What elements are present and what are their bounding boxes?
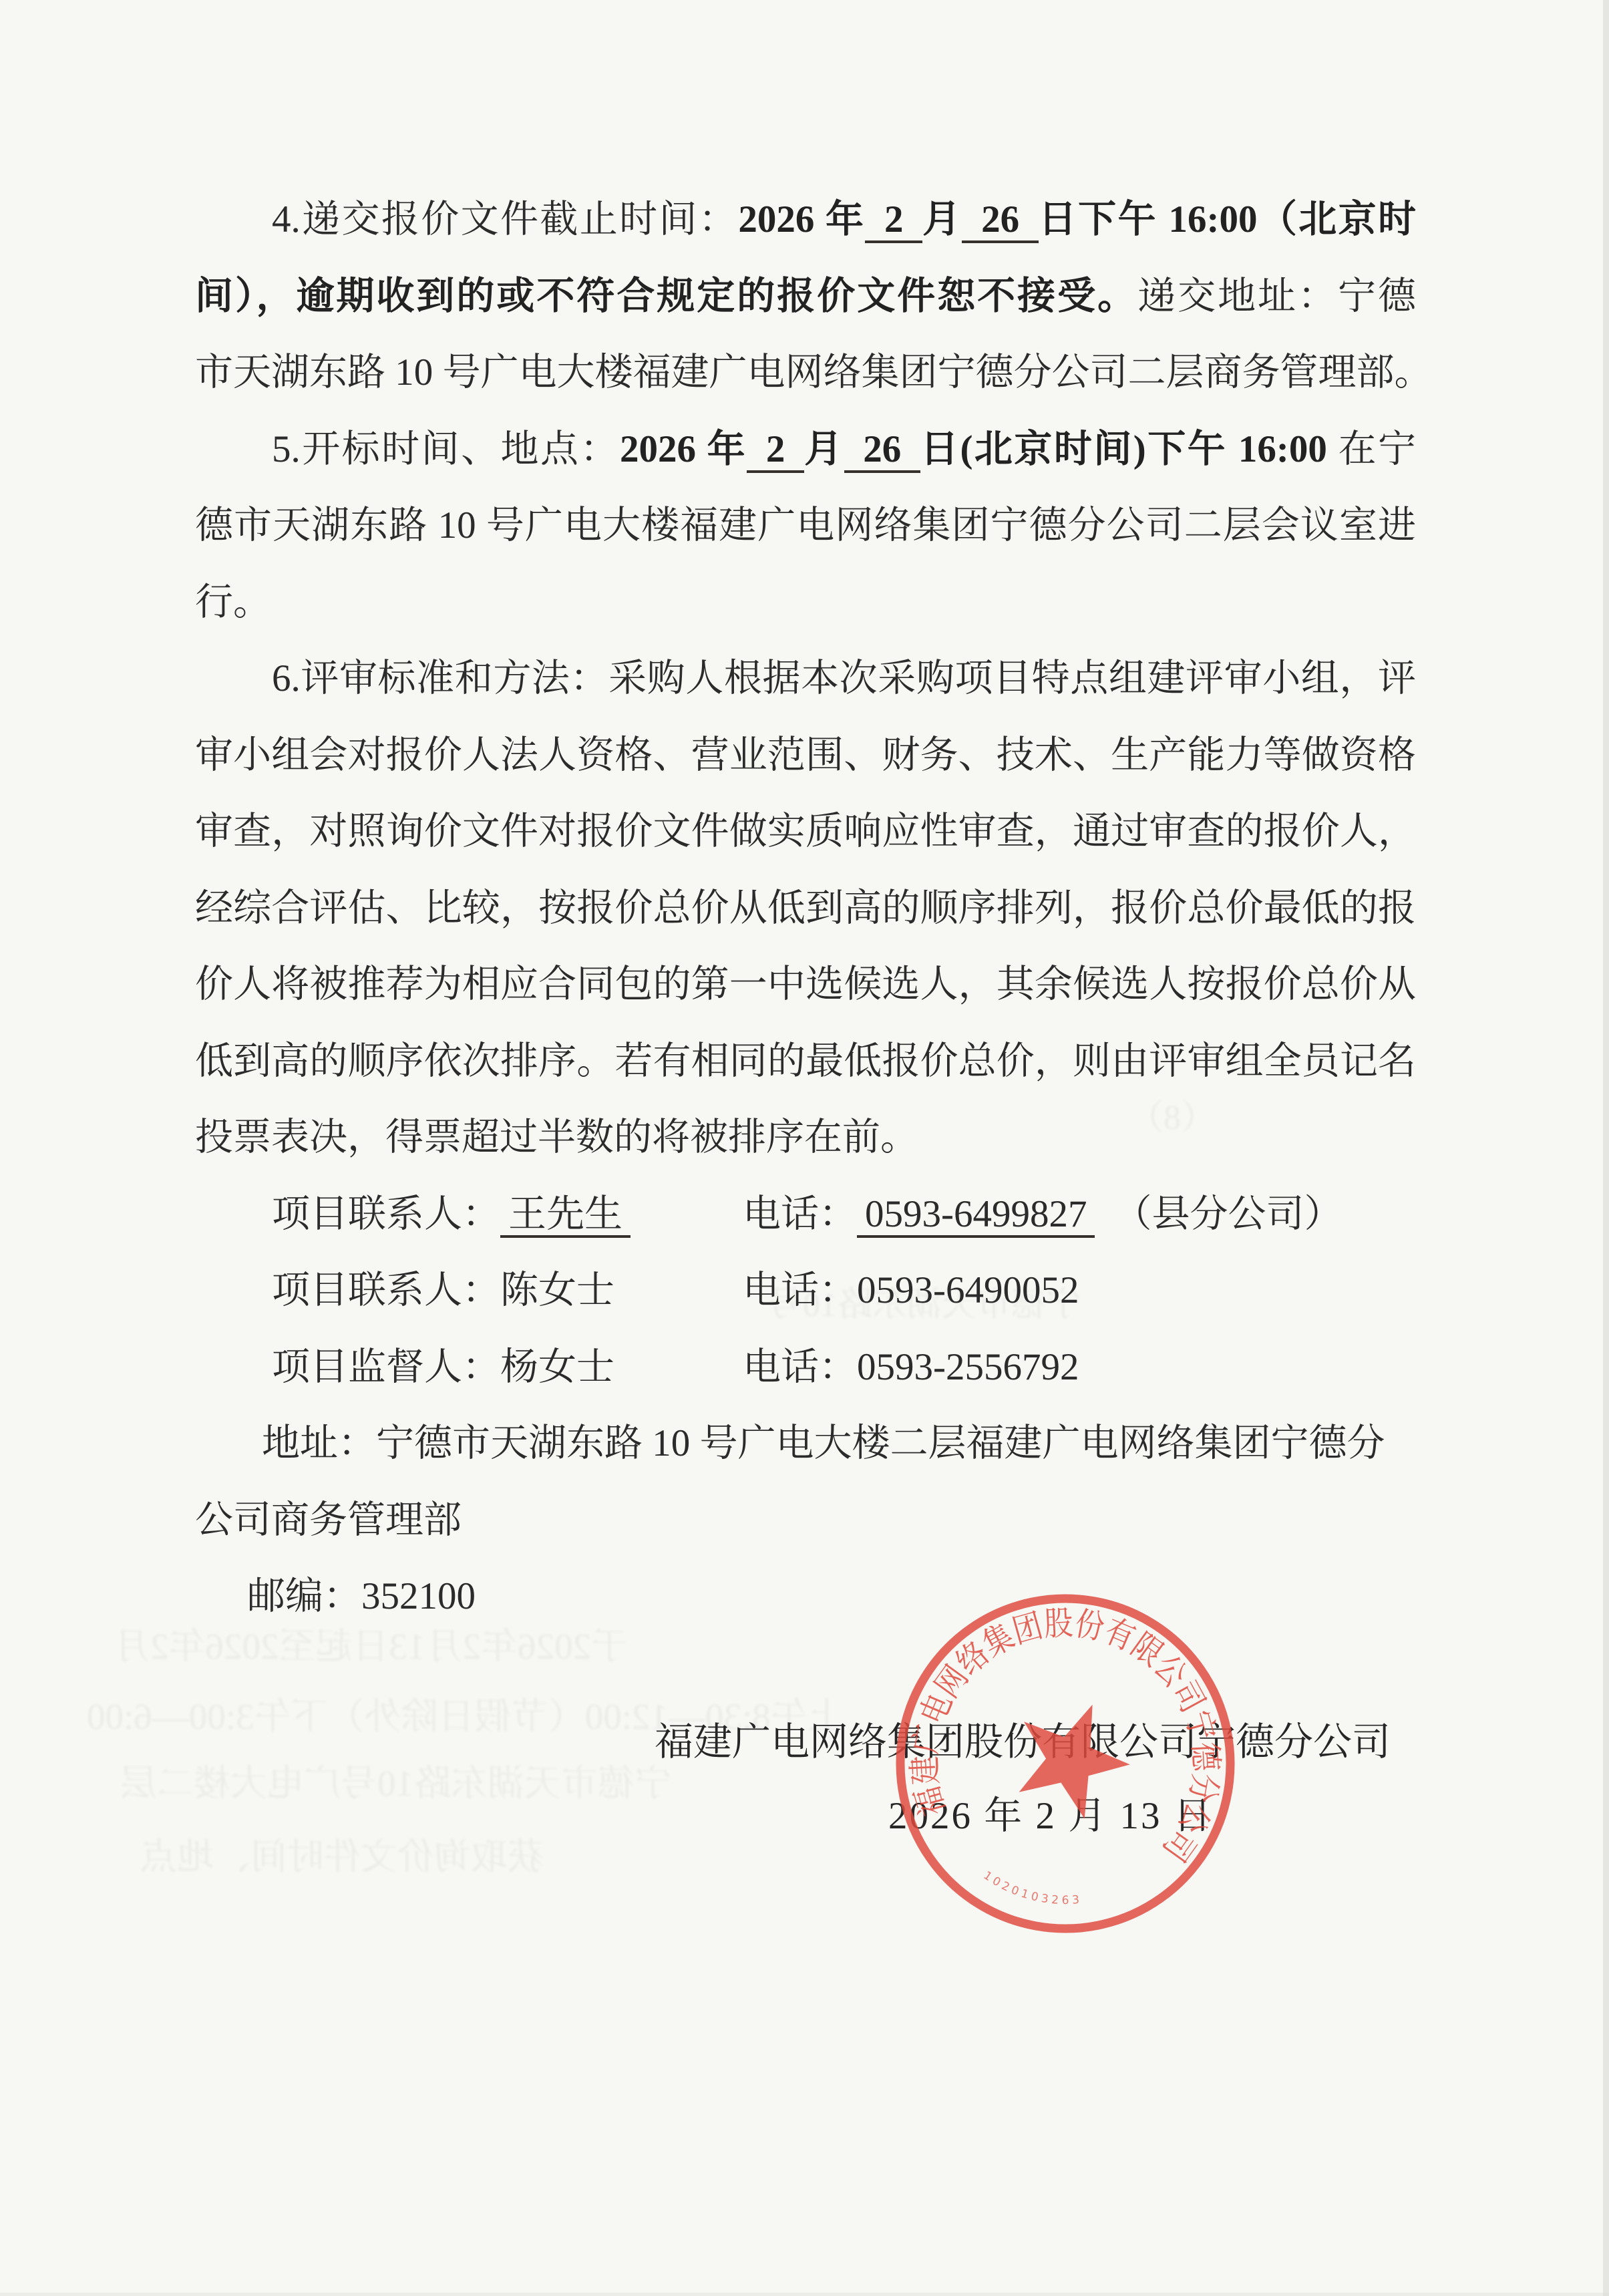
text-segment: 日(北京时间)下午 16:00: [920, 428, 1327, 470]
text-segment: 审小组会对报价人法人资格、营业范围、财务、技术、生产能力等做资格: [195, 734, 1416, 776]
body-paragraphs: 4.递交报价文件截止时间：2026 年 2 月 26 日下午 16:00（北京时…: [195, 182, 1416, 1176]
contact-person-name: 杨女士: [500, 1346, 614, 1388]
phone-number: 0593-6499827: [857, 1193, 1095, 1238]
contact-person: 项目联系人：陈女士: [272, 1253, 614, 1329]
phone-number: 0593-2556792: [857, 1346, 1079, 1388]
clause-4-submission-deadline-line-2: 间），逾期收到的或不符合规定的报价文件恕不接受。递交地址：宁德: [195, 259, 1416, 335]
contact-label: 项目联系人：: [272, 1269, 500, 1311]
text-segment: 行。: [195, 581, 271, 623]
contact-row-3: 项目监督人：杨女士电话：0593-2556792: [195, 1329, 1416, 1406]
contact-person-name: 王先生: [500, 1193, 631, 1238]
contact-person: 项目联系人：王先生: [272, 1176, 631, 1253]
clause-6-evaluation-line-3: 审查，对照询价文件对报价文件做实质响应性审查，通过审查的报价人，: [195, 794, 1416, 870]
text-segment: 4.递交报价文件截止时间：: [272, 198, 738, 240]
text-segment: 26: [962, 198, 1038, 243]
contact-phone: 电话：0593-6499827（县分公司）: [743, 1176, 1342, 1253]
clause-4-submission-deadline-line-1: 4.递交报价文件截止时间：2026 年 2 月 26 日下午 16:00（北京时: [195, 182, 1416, 259]
text-segment: 月: [804, 428, 844, 470]
contact-suffix: （县分公司）: [1113, 1193, 1342, 1235]
text-segment: 月: [922, 198, 962, 240]
contact-person-name: 陈女士: [500, 1269, 614, 1311]
document-body: 4.递交报价文件截止时间：2026 年 2 月 26 日下午 16:00（北京时…: [195, 182, 1416, 1635]
text-segment: 在宁: [1327, 428, 1416, 470]
scanned-document-page: 4.递交报价文件截止时间：2026 年 2 月 26 日下午 16:00（北京时…: [0, 0, 1609, 2296]
clause-6-evaluation-line-7: 投票表决，得票超过半数的将被排序在前。: [195, 1100, 1416, 1176]
clause-6-evaluation-line-2: 审小组会对报价人法人资格、营业范围、财务、技术、生产能力等做资格: [195, 717, 1416, 794]
contact-label: 项目监督人：: [272, 1346, 500, 1388]
phone-label: 电话：: [743, 1193, 857, 1235]
contact-rows: 项目联系人：王先生电话：0593-6499827（县分公司）项目联系人：陈女士电…: [195, 1176, 1416, 1406]
text-segment: 审查，对照询价文件对报价文件做实质响应性审查，通过审查的报价人，: [195, 810, 1416, 852]
text-segment: 递交地址：宁德: [1137, 275, 1416, 317]
clause-5-bid-opening-line-3: 行。: [195, 564, 1416, 641]
phone-label: 电话：: [743, 1346, 857, 1388]
postal-code-line: 邮编：352100: [195, 1559, 1416, 1635]
signature-date: 2026 年 2 月 13 日: [888, 1785, 1214, 1840]
bleedthrough-fragment-3: 宁德市天湖东路10号广电大楼二层: [120, 1754, 671, 1806]
clause-6-evaluation-line-4: 经综合评估、比较，按报价总价从低到高的顺序排列，报价总价最低的报: [195, 870, 1416, 947]
clause-6-evaluation-line-6: 低到高的顺序依次排序。若有相同的最低报价总价，则由评审组全员记名: [195, 1023, 1416, 1100]
address-line-2: 公司商务管理部: [195, 1482, 1416, 1559]
text-segment: 26: [844, 428, 920, 473]
scan-edge-bottom: [0, 2293, 1609, 2296]
text-segment: 2: [865, 198, 922, 243]
text-segment: 2026 年: [620, 428, 747, 470]
clause-5-bid-opening-line-2: 德市天湖东路 10 号广电大楼福建广电网络集团宁德分公司二层会议室进: [195, 488, 1416, 564]
text-segment: 2: [747, 428, 804, 473]
text-segment: 德市天湖东路 10 号广电大楼福建广电网络集团宁德分公司二层会议室进: [195, 504, 1416, 546]
signature-company-name: 福建广电网络集团股份有限公司宁德分公司: [655, 1710, 1391, 1766]
clause-5-bid-opening-line-1: 5.开标时间、地点：2026 年 2 月 26 日(北京时间)下午 16:00 …: [195, 412, 1416, 488]
contact-phone: 电话：0593-6490052: [743, 1253, 1079, 1329]
text-segment: 经综合评估、比较，按报价总价从低到高的顺序排列，报价总价最低的报: [195, 887, 1416, 929]
text-segment: 日下午 16:00（北京时: [1039, 198, 1416, 240]
text-segment: 价人将被推荐为相应合同包的第一中选候选人，其余候选人按报价总价从: [195, 963, 1416, 1005]
text-segment: 投票表决，得票超过半数的将被排序在前。: [195, 1116, 918, 1158]
contact-label: 项目联系人：: [272, 1193, 500, 1235]
clause-6-evaluation-line-5: 价人将被推荐为相应合同包的第一中选候选人，其余候选人按报价总价从: [195, 947, 1416, 1023]
clause-4-submission-deadline-line-3: 市天湖东路 10 号广电大楼福建广电网络集团宁德分公司二层商务管理部。: [195, 335, 1416, 412]
text-segment: 间），逾期收到的或不符合规定的报价文件恕不接受。: [195, 275, 1137, 317]
phone-number: 0593-6490052: [857, 1269, 1079, 1311]
seal-serial-number: 1020103263: [978, 1868, 1087, 1913]
contact-phone: 电话：0593-2556792: [743, 1329, 1079, 1406]
bleedthrough-fragment-4: 获取询价文件时间、地点: [140, 1827, 544, 1880]
clause-6-evaluation-line-1: 6.评审标准和方法：采购人根据本次采购项目特点组建评审小组，评: [195, 641, 1416, 717]
text-segment: 6.评审标准和方法：采购人根据本次采购项目特点组建评审小组，评: [272, 657, 1416, 699]
contact-person: 项目监督人：杨女士: [272, 1329, 614, 1406]
scan-edge-right: [1603, 0, 1609, 2296]
contact-row-1: 项目联系人：王先生电话：0593-6499827（县分公司）: [195, 1176, 1416, 1253]
contact-row-2: 项目联系人：陈女士电话：0593-6490052: [195, 1253, 1416, 1329]
address-line-1: 地址：宁德市天湖东路 10 号广电大楼二层福建广电网络集团宁德分: [195, 1406, 1416, 1482]
text-segment: 市天湖东路 10 号广电大楼福建广电网络集团宁德分公司二层商务管理部。: [195, 351, 1433, 393]
text-segment: 5.开标时间、地点：: [272, 428, 620, 470]
text-segment: 低到高的顺序依次排序。若有相同的最低报价总价，则由评审组全员记名: [195, 1040, 1416, 1082]
text-segment: 2026 年: [738, 198, 865, 240]
phone-label: 电话：: [743, 1269, 857, 1311]
